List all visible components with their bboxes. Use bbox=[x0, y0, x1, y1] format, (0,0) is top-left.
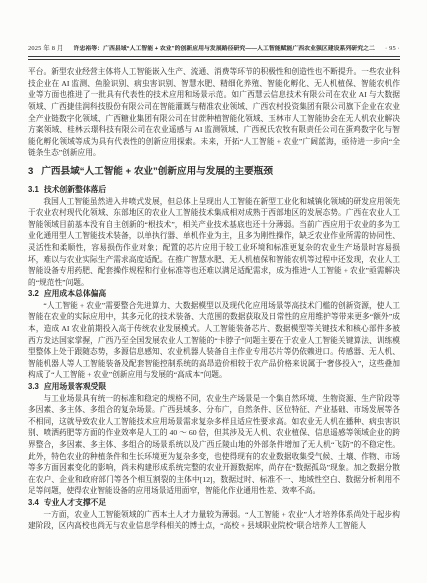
subsection-3-3-body: 与工业场景具有统一的标准和稳定的规格不同，农业生产场景是一个集自然环境、生物资源… bbox=[28, 393, 400, 497]
subsection-3-3-number: 3.3 bbox=[28, 382, 39, 391]
section-heading: 3广西县域“人工智能 + 农业”创新应用与发展的主要瓶颈 bbox=[28, 166, 400, 178]
page-content: 2025 年 8 月 许忠裕等：广西县域“人工智能 + 农业”的创新应用与发展路… bbox=[28, 45, 400, 532]
header-page-number: · 95 · bbox=[385, 45, 400, 53]
article-body: 平台。新型农业经营主体将人工智能嵌入生产、流通、消费等环节的积极性和创造性也不断… bbox=[28, 66, 400, 532]
paper-page: 2025 年 8 月 许忠裕等：广西县域“人工智能 + 农业”的创新应用与发展路… bbox=[0, 0, 427, 583]
subsection-3-4-number: 3.4 bbox=[28, 498, 39, 507]
subsection-3-2-title: 应用成本总体偏高 bbox=[44, 289, 106, 298]
subsection-3-1-title: 技术创新整体落后 bbox=[44, 185, 106, 194]
subsection-3-2-body: “人工智能 + 农业”需要整合先进算力、大数据模型以及现代化应用场景等高技术门槛… bbox=[28, 300, 400, 381]
subsection-3-1-body: 我国人工智能虽然进入井喷式发展，但总体上呈现出人工智能在新型工业化和城镇化领域的… bbox=[28, 196, 400, 289]
running-header: 2025 年 8 月 许忠裕等：广西县域“人工智能 + 农业”的创新应用与发展路… bbox=[28, 45, 400, 53]
subsection-3-4-heading: 3.4专业人才支撑不足 bbox=[28, 497, 400, 509]
subsection-3-2-heading: 3.2应用成本总体偏高 bbox=[28, 288, 400, 300]
subsection-3-4-body: 一方面，农业人工智能领域的广西本土人才力量较为薄弱。“人工智能 + 农业”人才培… bbox=[28, 509, 400, 532]
header-date: 2025 年 8 月 bbox=[28, 45, 64, 53]
intro-paragraph: 平台。新型农业经营主体将人工智能嵌入生产、流通、消费等环节的积极性和创造性也不断… bbox=[28, 66, 400, 159]
subsection-3-1-number: 3.1 bbox=[28, 185, 39, 194]
header-divider-rule bbox=[28, 56, 400, 60]
subsection-3-3-title: 应用场景客观受限 bbox=[44, 382, 106, 391]
section-number: 3 bbox=[28, 166, 33, 177]
subsection-3-3-heading: 3.3应用场景客观受限 bbox=[28, 381, 400, 393]
header-running-title: 许忠裕等：广西县域“人工智能 + 农业”的创新应用与发展路径研究——人工智能赋能… bbox=[70, 45, 379, 53]
section-title: 广西县域“人工智能 + 农业”创新应用与发展的主要瓶颈 bbox=[41, 166, 273, 177]
subsection-3-2-number: 3.2 bbox=[28, 289, 39, 298]
subsection-3-1-heading: 3.1技术创新整体落后 bbox=[28, 184, 400, 196]
subsection-3-4-title: 专业人才支撑不足 bbox=[44, 498, 106, 507]
